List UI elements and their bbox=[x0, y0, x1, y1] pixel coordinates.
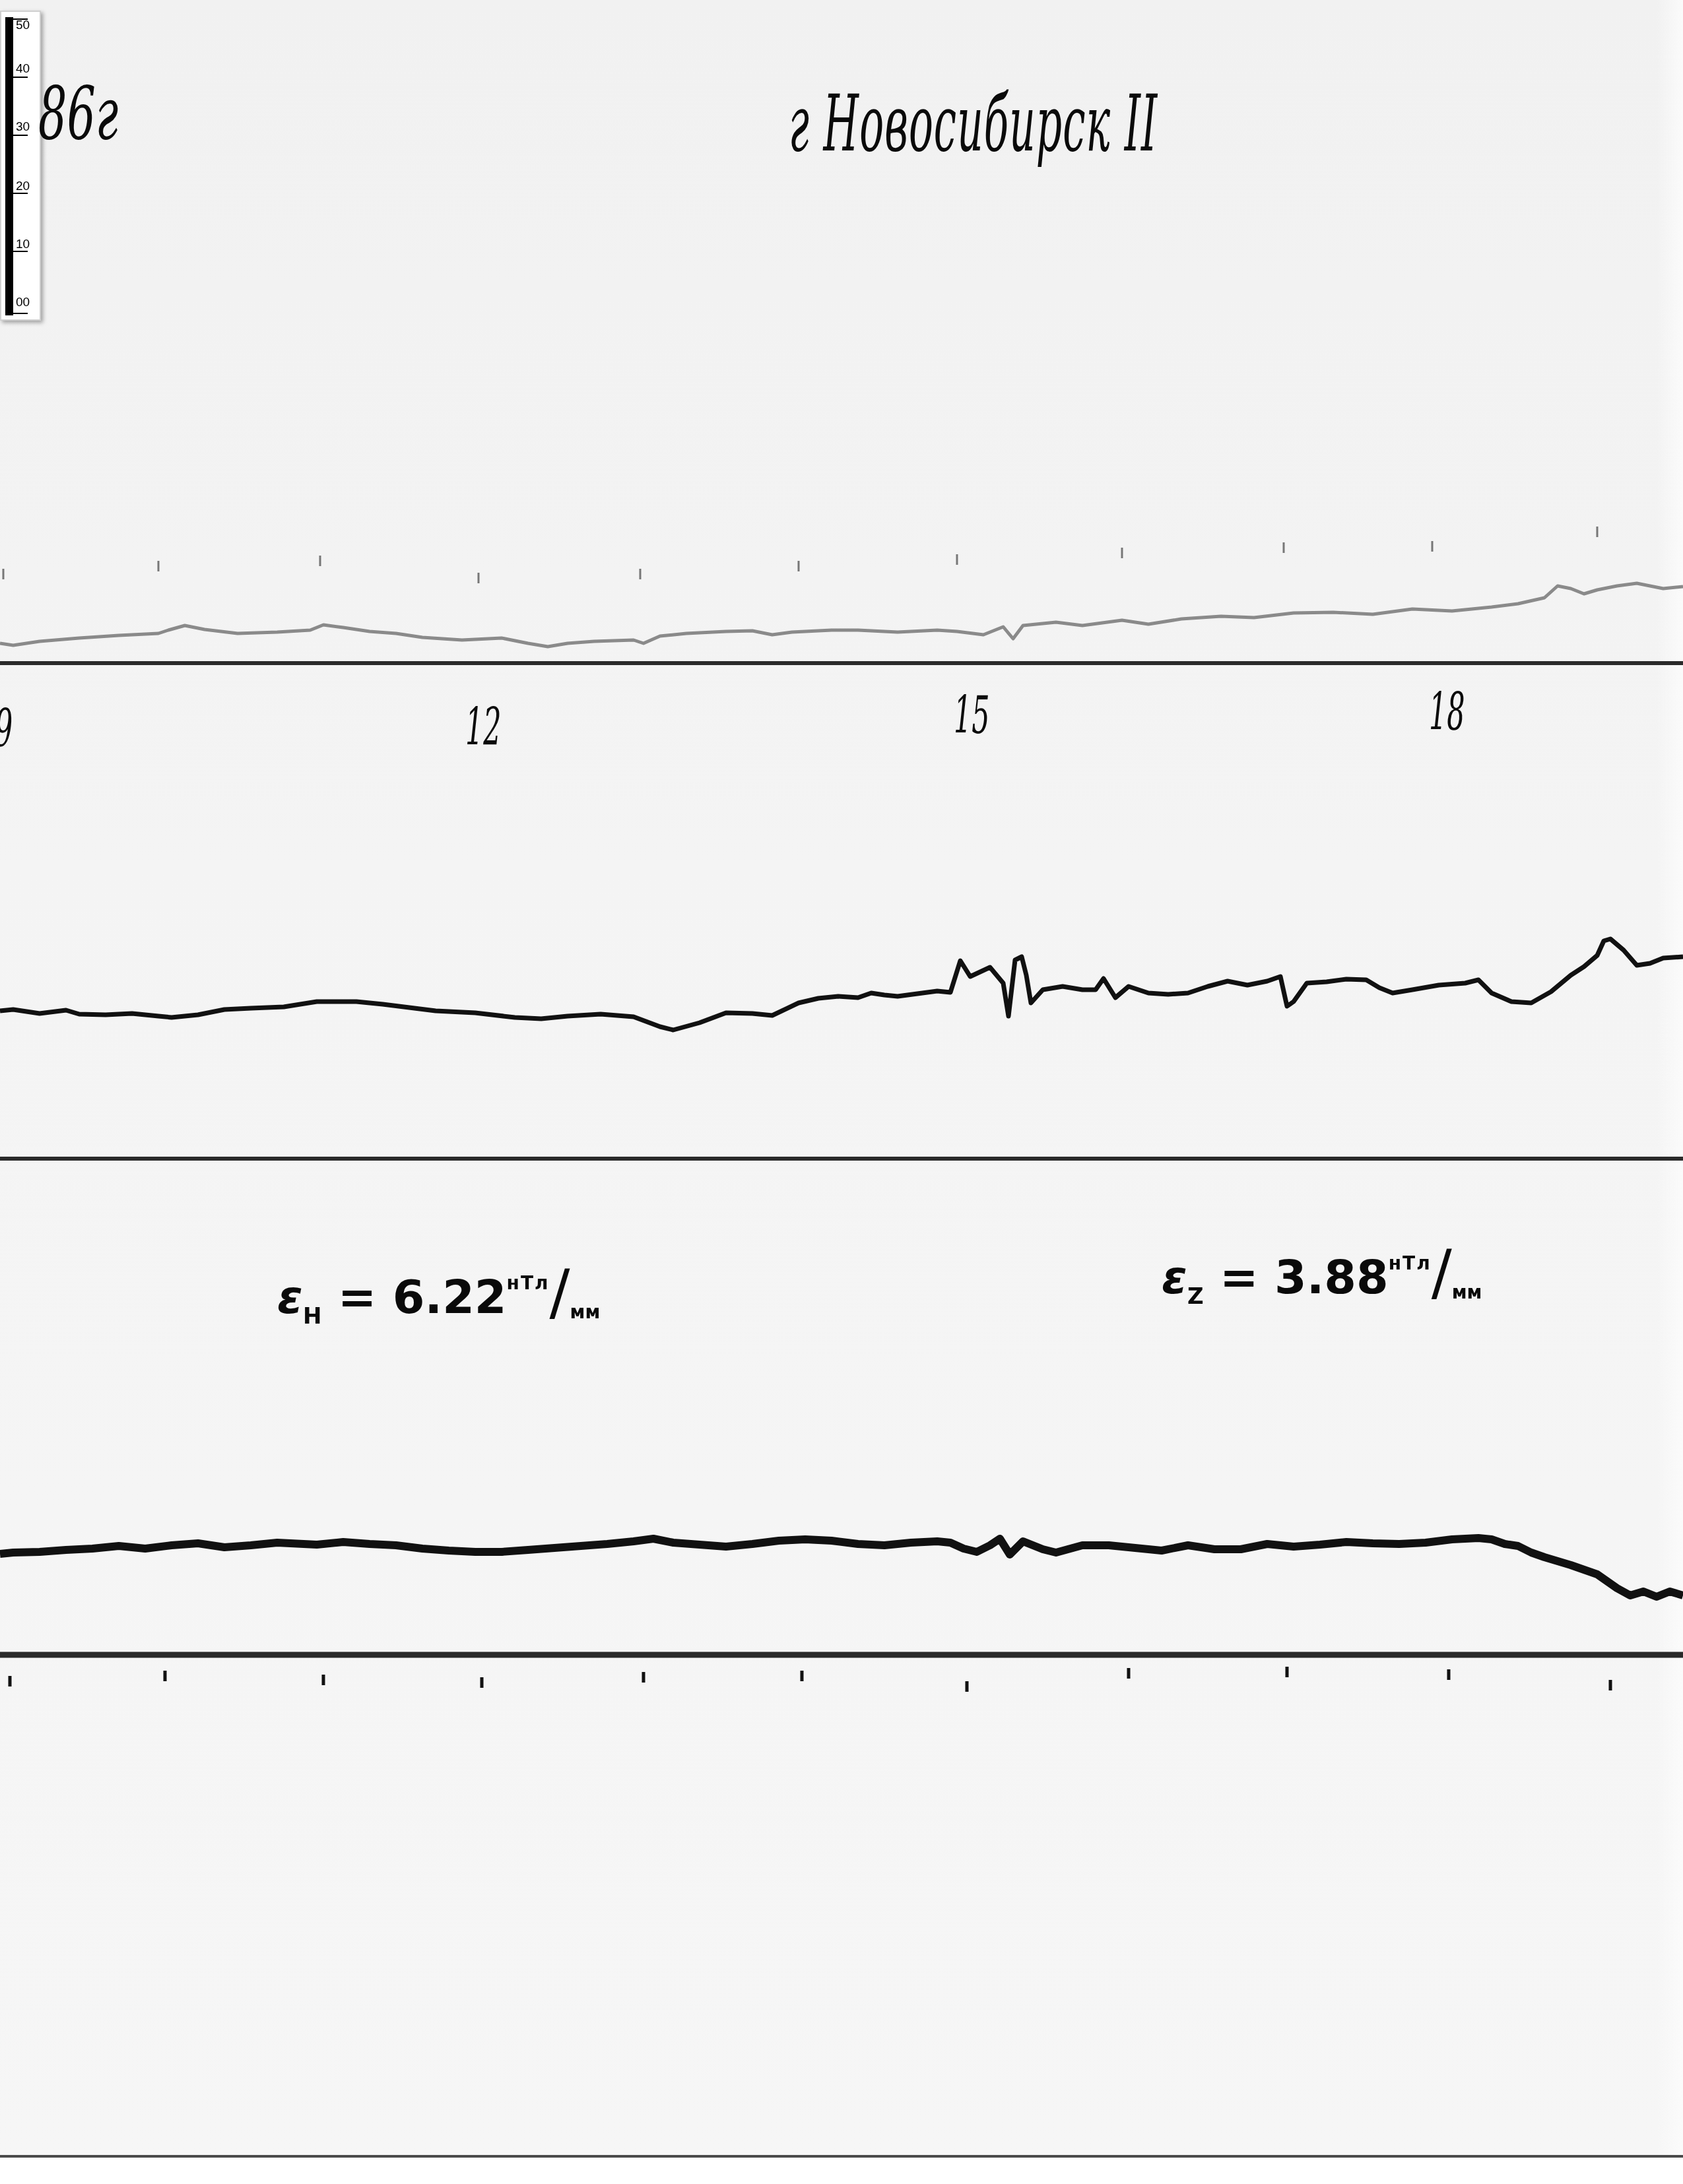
hour-tick-marks bbox=[3, 527, 1610, 1692]
baselines bbox=[0, 663, 1683, 1655]
trace-lines bbox=[0, 583, 1683, 1597]
trace-line bbox=[0, 1538, 1683, 1597]
magnetogram-traces bbox=[0, 0, 1683, 2184]
trace-line bbox=[0, 939, 1683, 1030]
trace-line bbox=[0, 583, 1683, 647]
